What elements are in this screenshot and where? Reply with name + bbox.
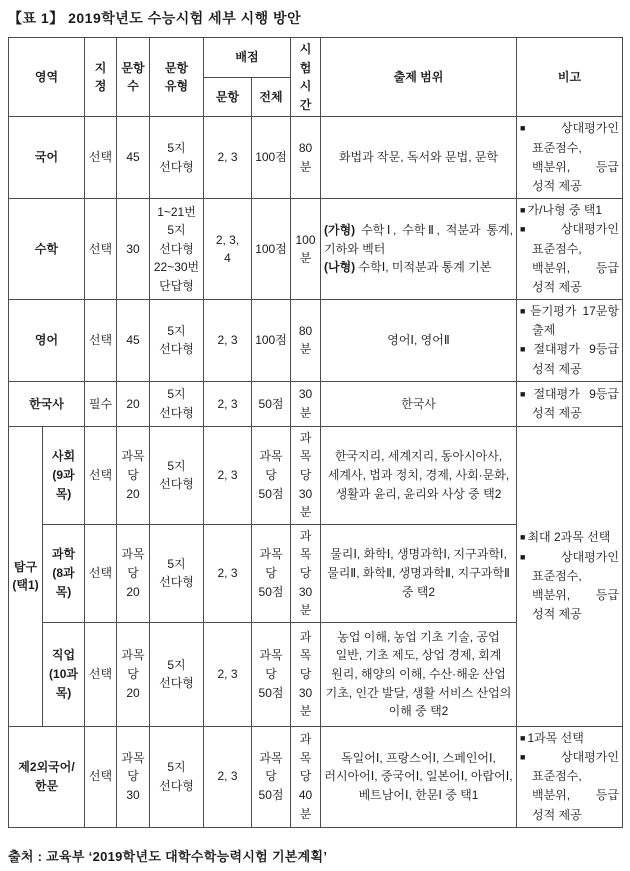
- exam-plan-table: 영역 지 정 문항 수 문항 유형 배점 시험 시간 출제 범위 비고 문항 전…: [8, 37, 623, 828]
- cell-social-designation: 선택: [85, 426, 117, 524]
- cell-korean-area: 국어: [9, 117, 85, 199]
- cell-history-designation: 필수: [85, 381, 117, 426]
- cell-second-type: 5지 선다형: [150, 726, 204, 827]
- header-scope: 출제 범위: [321, 38, 517, 117]
- cell-second-points-item: 2, 3: [204, 726, 252, 827]
- cell-social-points-total: 과목 당 50점: [252, 426, 291, 524]
- cell-science-designation: 선택: [85, 524, 117, 622]
- cell-korean-time: 80분: [291, 117, 321, 199]
- cell-math-points-item: 2, 3, 4: [204, 199, 252, 300]
- row-second-foreign-language: 제2외국어/ 한문 선택 과목 당 30 5지 선다형 2, 3 과목 당 50…: [9, 726, 623, 827]
- cell-vocational-points-item: 2, 3: [204, 622, 252, 726]
- cell-social-time: 과목 당 30분: [291, 426, 321, 524]
- cell-korean-note: 상대평가인 표준점수, 백분위, 등급 성적 제공: [517, 117, 623, 199]
- cell-vocational-count: 과목 당 20: [117, 622, 150, 726]
- row-tamgu-social: 탐구 (택1) 사회 (9과 목) 선택 과목 당 20 5지 선다형 2, 3…: [9, 426, 623, 524]
- cell-english-note: 듣기평가 17문항 출제절대평가 9등급 성적 제공: [517, 300, 623, 382]
- cell-english-area: 영어: [9, 300, 85, 382]
- header-area: 영역: [9, 38, 85, 117]
- cell-korean-type: 5지 선다형: [150, 117, 204, 199]
- header-points-per-item: 문항: [204, 77, 252, 117]
- cell-math-points-total: 100점: [252, 199, 291, 300]
- cell-vocational-scope: 농업 이해, 농업 기초 기술, 공업 일반, 기초 제도, 상업 경제, 회계…: [321, 622, 517, 726]
- header-question-type: 문항 유형: [150, 38, 204, 117]
- cell-social-area: 사회 (9과 목): [43, 426, 85, 524]
- cell-history-points-item: 2, 3: [204, 381, 252, 426]
- cell-english-designation: 선택: [85, 300, 117, 382]
- cell-english-type: 5지 선다형: [150, 300, 204, 382]
- cell-science-points-total: 과목 당 50점: [252, 524, 291, 622]
- cell-english-scope: 영어Ⅰ, 영어Ⅱ: [321, 300, 517, 382]
- row-english: 영어 선택 45 5지 선다형 2, 3 100점 80분 영어Ⅰ, 영어Ⅱ 듣…: [9, 300, 623, 382]
- cell-second-scope: 독일어Ⅰ, 프랑스어Ⅰ, 스페인어Ⅰ, 러시아어Ⅰ, 중국어Ⅰ, 일본어Ⅰ, 아…: [321, 726, 517, 827]
- document-page: 【표 1】 2019학년도 수능시험 세부 시행 방안 영역 지 정 문항 수 …: [0, 0, 630, 871]
- cell-second-count: 과목 당 30: [117, 726, 150, 827]
- cell-math-type: 1~21번 5지 선다형 22~30번 단답형: [150, 199, 204, 300]
- cell-social-points-item: 2, 3: [204, 426, 252, 524]
- cell-math-count: 30: [117, 199, 150, 300]
- header-designation: 지 정: [85, 38, 117, 117]
- cell-history-type: 5지 선다형: [150, 381, 204, 426]
- cell-math-note: 가/나형 중 택1상대평가인 표준점수, 백분위, 등급 성적 제공: [517, 199, 623, 300]
- header-points: 배점: [204, 38, 291, 78]
- cell-history-time: 30분: [291, 381, 321, 426]
- math-scope-type-a: (가형) 수학Ⅰ, 수학Ⅱ, 적분과 통계, 기하와 벡터: [324, 221, 513, 258]
- header-exam-time: 시험 시간: [291, 38, 321, 117]
- cell-math-scope: (가형) 수학Ⅰ, 수학Ⅱ, 적분과 통계, 기하와 벡터 (나형) 수학Ⅰ, …: [321, 199, 517, 300]
- cell-second-note: 1과목 선택상대평가인 표준점수, 백분위, 등급 성적 제공: [517, 726, 623, 827]
- cell-second-time: 과목 당 40분: [291, 726, 321, 827]
- header-note: 비고: [517, 38, 623, 117]
- cell-science-scope: 물리Ⅰ, 화학Ⅰ, 생명과학Ⅰ, 지구과학Ⅰ, 물리Ⅱ, 화학Ⅱ, 생명과학Ⅱ,…: [321, 524, 517, 622]
- cell-english-points-total: 100점: [252, 300, 291, 382]
- cell-english-time: 80분: [291, 300, 321, 382]
- cell-vocational-points-total: 과목 당 50점: [252, 622, 291, 726]
- cell-science-area: 과학 (8과 목): [43, 524, 85, 622]
- cell-tamgu-group: 탐구 (택1): [9, 426, 43, 726]
- row-math: 수학 선택 30 1~21번 5지 선다형 22~30번 단답형 2, 3, 4…: [9, 199, 623, 300]
- cell-science-count: 과목 당 20: [117, 524, 150, 622]
- cell-korean-count: 45: [117, 117, 150, 199]
- cell-math-area: 수학: [9, 199, 85, 300]
- cell-history-scope: 한국사: [321, 381, 517, 426]
- cell-history-points-total: 50점: [252, 381, 291, 426]
- cell-second-area: 제2외국어/ 한문: [9, 726, 85, 827]
- cell-korean-points-total: 100점: [252, 117, 291, 199]
- cell-korean-designation: 선택: [85, 117, 117, 199]
- cell-vocational-time: 과목 당 30분: [291, 622, 321, 726]
- cell-science-time: 과목 당 30분: [291, 524, 321, 622]
- cell-second-designation: 선택: [85, 726, 117, 827]
- cell-english-points-item: 2, 3: [204, 300, 252, 382]
- cell-history-note: 절대평가 9등급 성적 제공: [517, 381, 623, 426]
- row-korean: 국어 선택 45 5지 선다형 2, 3 100점 80분 화법과 작문, 독서…: [9, 117, 623, 199]
- cell-math-designation: 선택: [85, 199, 117, 300]
- cell-science-type: 5지 선다형: [150, 524, 204, 622]
- cell-social-count: 과목 당 20: [117, 426, 150, 524]
- cell-math-time: 100 분: [291, 199, 321, 300]
- source-citation: 출처 : 교육부 ‘2019학년도 대학수학능력시험 기본계획’: [8, 846, 622, 865]
- header-question-count: 문항 수: [117, 38, 150, 117]
- cell-vocational-type: 5지 선다형: [150, 622, 204, 726]
- cell-science-points-item: 2, 3: [204, 524, 252, 622]
- cell-social-type: 5지 선다형: [150, 426, 204, 524]
- cell-korean-scope: 화법과 작문, 독서와 문법, 문학: [321, 117, 517, 199]
- cell-vocational-designation: 선택: [85, 622, 117, 726]
- cell-vocational-area: 직업 (10과 목): [43, 622, 85, 726]
- row-korean-history: 한국사 필수 20 5지 선다형 2, 3 50점 30분 한국사 절대평가 9…: [9, 381, 623, 426]
- cell-social-scope: 한국지리, 세계지리, 동아시아사, 세계사, 법과 정치, 경제, 사회·문화…: [321, 426, 517, 524]
- cell-history-count: 20: [117, 381, 150, 426]
- table-caption: 【표 1】 2019학년도 수능시험 세부 시행 방안: [8, 8, 622, 28]
- math-scope-type-b: (나형) 수학Ⅰ, 미적분과 통계 기본: [324, 258, 513, 277]
- cell-english-count: 45: [117, 300, 150, 382]
- cell-korean-points-item: 2, 3: [204, 117, 252, 199]
- cell-tamgu-note: 최대 2과목 선택상대평가인 표준점수, 백분위, 등급 성적 제공: [517, 426, 623, 726]
- cell-history-area: 한국사: [9, 381, 85, 426]
- header-points-total: 전체: [252, 77, 291, 117]
- cell-second-points-total: 과목 당 50점: [252, 726, 291, 827]
